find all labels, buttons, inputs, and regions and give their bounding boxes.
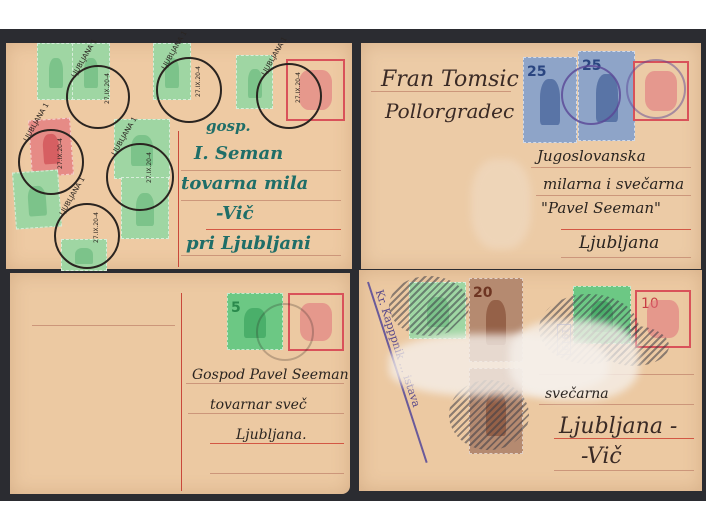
card-divider-line [178,131,179,267]
postmark: LJUBLJANA 1 27.IX.20-4 [106,143,174,211]
address-line [554,470,694,471]
sender-place: Pollorgradec [385,99,514,123]
address-line [181,170,341,171]
barred-cancellation [389,276,469,336]
address-line [186,383,344,384]
address-line [181,200,341,201]
card-divider-line [181,293,182,491]
address-name: I. Seman [194,143,283,164]
address-line [531,167,691,168]
address-line [210,443,344,444]
address-salutation: gosp. [206,117,251,135]
address-company-line-3: "Pavel Seeman" [541,199,661,217]
address-city: Ljubljana - [559,414,677,439]
address-company-line-2: milarna i svečarna [543,175,684,193]
address-line [181,255,341,256]
postcard-top-right: 25 25 Fran Tomsic Pollorgradec Jugoslova… [361,43,701,269]
address-line [536,195,691,196]
postmark: LJUBLJANA 1 27.IX.20-4 [66,65,130,129]
address-line [210,473,344,474]
postcard-bottom-left: 5 Gospod Pavel Seeman tovarnar sveč Ljub… [10,273,350,494]
address-district: -Vič [216,203,254,224]
address-city: Ljubljana [579,233,659,253]
photograph: LJUBLJANA 1 27.IX.20-4 LJUBLJANA 1 27.IX… [0,29,706,501]
address-occupation: tovarnar sveč [210,397,307,413]
postmark: LJUBLJANA 1 27.IX.20-4 [54,203,120,269]
address-city: Ljubljana. [236,427,307,443]
address-district: -Vič [581,444,622,469]
address-company: svečarna [545,386,609,402]
postmark [561,65,621,125]
address-line [561,229,691,230]
address-line [539,404,694,405]
postmark: LJUBLJANA 1 27.IX.20-4 [256,63,322,129]
address-company-line-1: Jugoslovanska [537,147,646,165]
message-line [32,325,175,326]
postmark [626,59,686,119]
address-line [206,229,341,230]
postmark: LJUBLJANA 1 27.IX.20-4 [156,57,222,123]
postcard-bottom-right: 20 10 1919 Kr. Kapppnik ... istava sveča… [359,270,702,491]
postmark [256,303,314,361]
address-line [561,257,691,258]
postcard-top-left: LJUBLJANA 1 27.IX.20-4 LJUBLJANA 1 27.IX… [6,43,352,269]
sender-name: Fran Tomsic [381,67,519,92]
address-city: pri Ljubljani [186,233,311,254]
address-name: Gospod Pavel Seeman [192,367,349,383]
address-company: tovarna mila [181,173,308,194]
address-line [188,413,344,414]
paper-scuff [471,159,531,249]
